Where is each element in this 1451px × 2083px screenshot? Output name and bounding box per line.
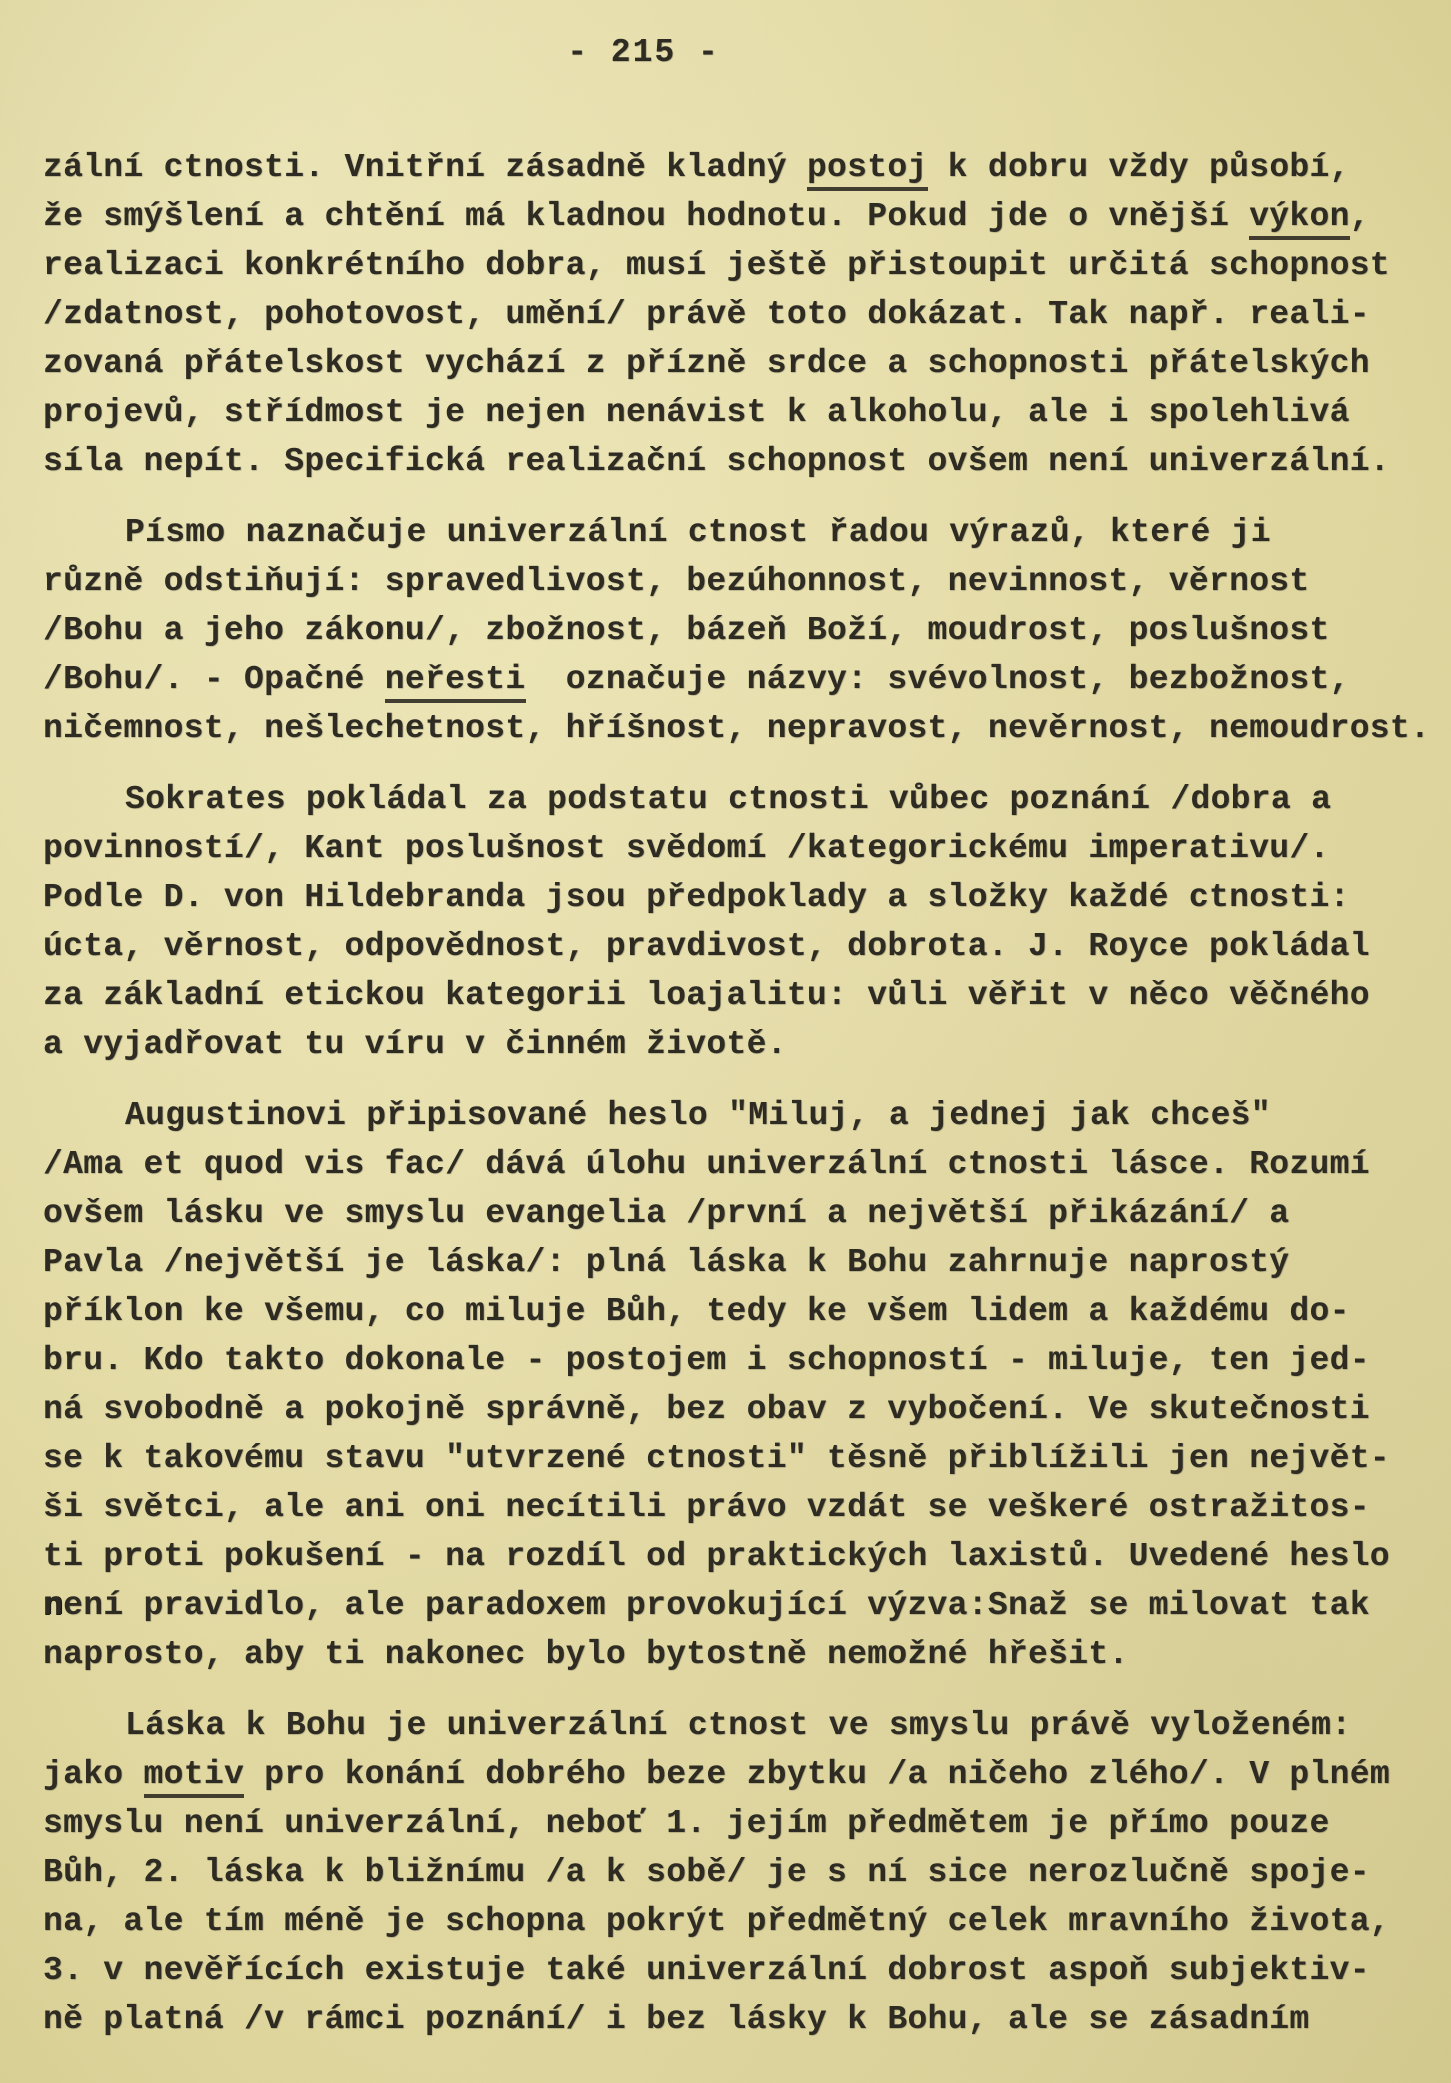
text-segment: zální ctnosti. Vnitřní zásadně kladný xyxy=(43,149,807,186)
page-body: zální ctnosti. Vnitřní zásadně kladný po… xyxy=(43,143,1439,2044)
text-segment: zovaná přátelskost vychází z přízně srdc… xyxy=(43,345,1370,382)
text-segment: Bůh, 2. láska k bližnímu /a k sobě/ je s… xyxy=(43,1854,1370,1891)
text-line: za základní etickou kategorii loajalitu:… xyxy=(43,971,1439,1020)
text-line: Písmo naznačuje univerzální ctnost řadou… xyxy=(43,508,1439,557)
text-segment: /Bohu a jeho zákonu/, zbožnost, bázeň Bo… xyxy=(43,612,1330,649)
text-line: zovaná přátelskost vychází z přízně srdc… xyxy=(43,339,1439,388)
paragraph: Sokrates pokládal za podstatu ctnosti vů… xyxy=(43,775,1439,1069)
text-segment: že smýšlení a chtění má kladnou hodnotu.… xyxy=(43,198,1249,235)
text-segment: příklon ke všemu, co miluje Bůh, tedy ke… xyxy=(43,1293,1350,1330)
text-segment: Pavla /největší je láska/: plná láska k … xyxy=(43,1244,1289,1281)
text-segment: Sokrates pokládal za podstatu ctnosti vů… xyxy=(125,781,1331,818)
text-segment: /Ama et quod vis fac/ dává úlohu univerz… xyxy=(43,1146,1370,1183)
underlined-term: postoj xyxy=(807,149,928,191)
text-line: zální ctnosti. Vnitřní zásadně kladný po… xyxy=(43,143,1439,192)
text-line: /Bohu a jeho zákonu/, zbožnost, bázeň Bo… xyxy=(43,606,1439,655)
text-line: Pavla /největší je láska/: plná láska k … xyxy=(43,1238,1439,1287)
paragraph: zální ctnosti. Vnitřní zásadně kladný po… xyxy=(43,143,1439,486)
text-segment: Písmo naznačuje univerzální ctnost řadou… xyxy=(125,514,1271,551)
text-segment: ši světci, ale ani oni necítili právo vz… xyxy=(43,1489,1370,1526)
text-line: příklon ke všemu, co miluje Bůh, tedy ke… xyxy=(43,1287,1439,1336)
underlined-term: neřesti xyxy=(385,661,526,703)
text-line: úcta, věrnost, odpovědnost, pravdivost, … xyxy=(43,922,1439,971)
underlined-term: výkon xyxy=(1249,198,1350,240)
text-line: povinností/, Kant poslušnost svědomí /ka… xyxy=(43,824,1439,873)
text-line: 3. v nevěřících existuje také univerzáln… xyxy=(43,1946,1439,1995)
text-line: ně platná /v rámci poznání/ i bez lásky … xyxy=(43,1995,1439,2044)
text-line: ti proti pokušení - na rozdíl od praktic… xyxy=(43,1532,1439,1581)
text-segment: označuje názvy: svévolnost, bezbožnost, xyxy=(526,661,1350,698)
text-line: ná svobodně a pokojně správně, bez obav … xyxy=(43,1385,1439,1434)
text-segment: , xyxy=(1350,198,1370,235)
text-segment: /zdatnost, pohotovost, umění/ právě toto… xyxy=(43,296,1370,333)
text-line: smyslu není univerzální, neboť 1. jejím … xyxy=(43,1799,1439,1848)
text-line: není pravidlo, ale paradoxem provokující… xyxy=(43,1581,1439,1630)
text-line: projevů, střídmost je nejen nenávist k a… xyxy=(43,388,1439,437)
text-segment: za základní etickou kategorii loajalitu:… xyxy=(43,977,1370,1014)
text-segment: povinností/, Kant poslušnost svědomí /ka… xyxy=(43,830,1330,867)
text-segment: smyslu není univerzální, neboť 1. jejím … xyxy=(43,1805,1330,1842)
text-segment: různě odstiňují: spravedlivost, bezúhonn… xyxy=(43,563,1310,600)
text-segment: ti proti pokušení - na rozdíl od praktic… xyxy=(43,1538,1390,1575)
text-segment: na, ale tím méně je schopna pokrýt předm… xyxy=(43,1903,1390,1940)
text-line: /Ama et quod vis fac/ dává úlohu univerz… xyxy=(43,1140,1439,1189)
paragraph: Láska k Bohu je univerzální ctnost ve sm… xyxy=(43,1701,1439,2044)
text-line: ovšem lásku ve smyslu evangelia /první a… xyxy=(43,1189,1439,1238)
text-segment: realizaci konkrétního dobra, musí ještě … xyxy=(43,247,1390,284)
text-line: ničemnost, nešlechetnost, hříšnost, nepr… xyxy=(43,704,1439,753)
text-segment: úcta, věrnost, odpovědnost, pravdivost, … xyxy=(43,928,1370,965)
text-line: síla nepít. Specifická realizační schopn… xyxy=(43,437,1439,486)
text-segment: bru. Kdo takto dokonale - postojem i sch… xyxy=(43,1342,1370,1379)
text-line: bru. Kdo takto dokonale - postojem i sch… xyxy=(43,1336,1439,1385)
text-segment: ničemnost, nešlechetnost, hříšnost, nepr… xyxy=(43,710,1430,747)
text-segment: 3. v nevěřících existuje také univerzáln… xyxy=(43,1952,1370,1989)
text-segment: naprosto, aby ti nakonec bylo bytostně n… xyxy=(43,1636,1129,1673)
text-segment: /Bohu/. - Opačné xyxy=(43,661,385,698)
text-line: jako motiv pro konání dobrého beze zbytk… xyxy=(43,1750,1439,1799)
text-segment: Láska k Bohu je univerzální ctnost ve sm… xyxy=(125,1707,1351,1744)
text-segment: ení pravidlo, ale paradoxem provokující … xyxy=(63,1587,1370,1624)
text-line: realizaci konkrétního dobra, musí ještě … xyxy=(43,241,1439,290)
text-line: ši světci, ale ani oni necítili právo vz… xyxy=(43,1483,1439,1532)
underlined-term: motiv xyxy=(144,1756,245,1798)
text-line: naprosto, aby ti nakonec bylo bytostně n… xyxy=(43,1630,1439,1679)
text-line: /Bohu/. - Opačné neřesti označuje názvy:… xyxy=(43,655,1439,704)
text-segment: a vyjadřovat tu víru v činném životě. xyxy=(43,1026,787,1063)
text-segment: ně platná /v rámci poznání/ i bez lásky … xyxy=(43,2001,1310,2038)
page-number: - 215 - xyxy=(0,34,1369,71)
text-segment: síla nepít. Specifická realizační schopn… xyxy=(43,443,1390,480)
text-segment: jako xyxy=(43,1756,144,1793)
text-segment: projevů, střídmost je nejen nenávist k a… xyxy=(43,394,1350,431)
paragraph: Písmo naznačuje univerzální ctnost řadou… xyxy=(43,508,1439,753)
overstruck-letter: n xyxy=(43,1587,63,1624)
text-line: se k takovému stavu "utvrzené ctnosti" t… xyxy=(43,1434,1439,1483)
text-segment: ovšem lásku ve smyslu evangelia /první a… xyxy=(43,1195,1289,1232)
document-page: - 215 - zální ctnosti. Vnitřní zásadně k… xyxy=(0,0,1451,2083)
text-line: že smýšlení a chtění má kladnou hodnotu.… xyxy=(43,192,1439,241)
text-line: Láska k Bohu je univerzální ctnost ve sm… xyxy=(43,1701,1439,1750)
text-segment: ná svobodně a pokojně správně, bez obav … xyxy=(43,1391,1370,1428)
text-line: Bůh, 2. láska k bližnímu /a k sobě/ je s… xyxy=(43,1848,1439,1897)
text-line: Podle D. von Hildebranda jsou předpoklad… xyxy=(43,873,1439,922)
text-segment: pro konání dobrého beze zbytku /a ničeho… xyxy=(244,1756,1390,1793)
text-segment: se k takovému stavu "utvrzené ctnosti" t… xyxy=(43,1440,1390,1477)
text-line: Sokrates pokládal za podstatu ctnosti vů… xyxy=(43,775,1439,824)
text-segment: Augustinovi připisované heslo "Miluj, a … xyxy=(125,1097,1271,1134)
text-line: Augustinovi připisované heslo "Miluj, a … xyxy=(43,1091,1439,1140)
text-line: /zdatnost, pohotovost, umění/ právě toto… xyxy=(43,290,1439,339)
text-line: na, ale tím méně je schopna pokrýt předm… xyxy=(43,1897,1439,1946)
text-segment: Podle D. von Hildebranda jsou předpoklad… xyxy=(43,879,1350,916)
text-line: a vyjadřovat tu víru v činném životě. xyxy=(43,1020,1439,1069)
paragraph: Augustinovi připisované heslo "Miluj, a … xyxy=(43,1091,1439,1679)
text-line: různě odstiňují: spravedlivost, bezúhonn… xyxy=(43,557,1439,606)
text-segment: k dobru vždy působí, xyxy=(928,149,1350,186)
